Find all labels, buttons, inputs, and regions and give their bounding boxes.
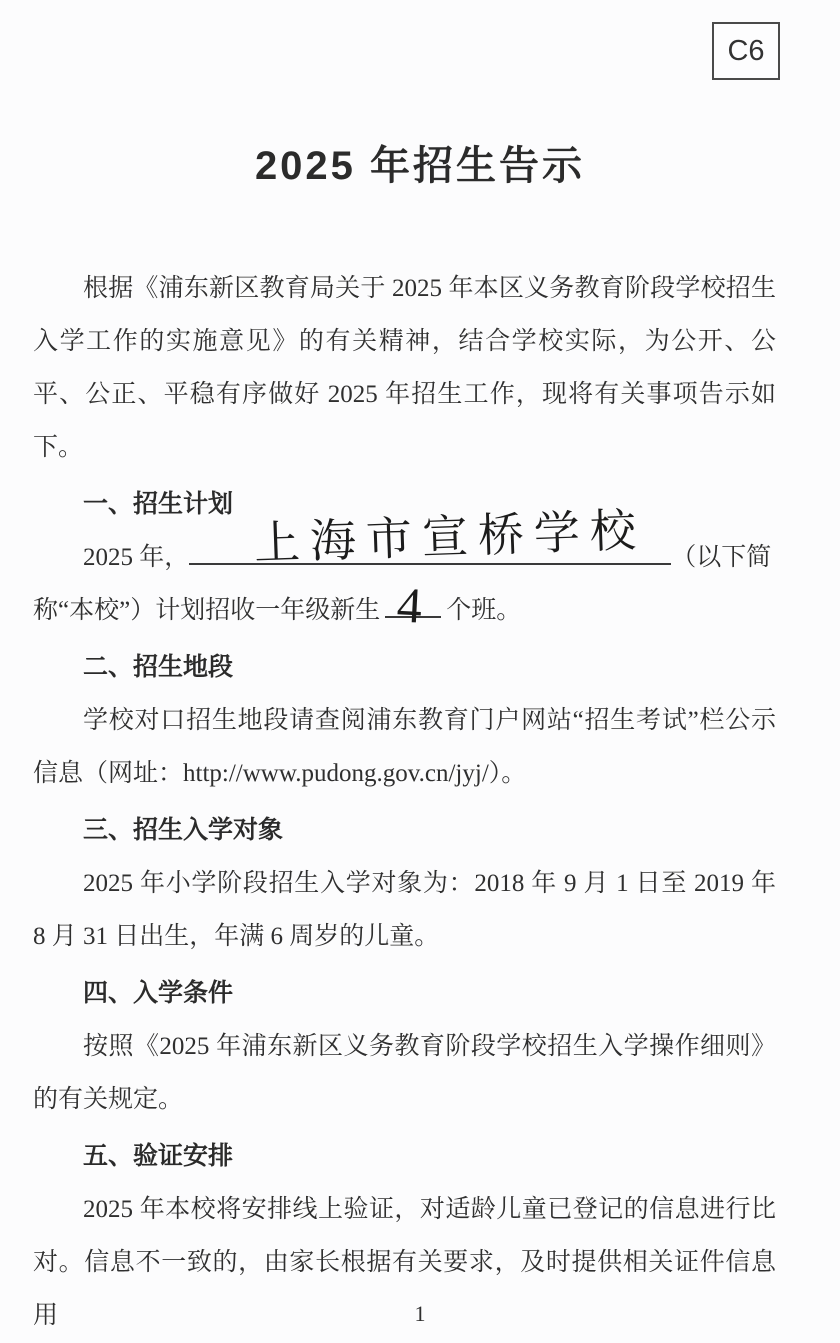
page-title: 2025 年招生告示 (0, 140, 840, 192)
intro-paragraph: 根据《浦东新区教育局关于 2025 年本区义务教育阶段学校招生入学工作的实施意见… (33, 262, 776, 474)
class-count-blank-underline: 4 (385, 586, 441, 618)
document-page: C6 2025 年招生告示 根据《浦东新区教育局关于 2025 年本区义务教育阶… (0, 0, 840, 1343)
section-4-heading: 四、入学条件 (33, 967, 776, 1020)
section-1-line-2: 称“本校”）计划招收一年级新生4个班。 (33, 584, 776, 637)
section-4-body: 按照《2025 年浦东新区义务教育阶段学校招生入学操作细则》的有关规定。 (33, 1020, 776, 1126)
section-2-heading: 二、招生地段 (33, 641, 776, 694)
handwritten-class-count: 4 (396, 578, 424, 632)
section-5-heading: 五、验证安排 (33, 1130, 776, 1183)
page-number: 1 (0, 1301, 840, 1327)
form-code-box: C6 (712, 22, 780, 80)
line-1-prefix-text: 2025 年， (83, 544, 189, 571)
section-3-heading: 三、招生入学对象 (33, 804, 776, 857)
line-2-suffix-text: 个班。 (446, 597, 521, 624)
line-2-prefix-text: 称“本校”）计划招收一年级新生 (33, 597, 380, 624)
form-code-label: C6 (727, 35, 764, 68)
section-3-body: 2025 年小学阶段招生入学对象为：2018 年 9 月 1 日至 2019 年… (33, 857, 776, 963)
section-2-body: 学校对口招生地段请查阅浦东教育门户网站“招生考试”栏公示信息（网址：http:/… (33, 694, 776, 800)
school-name-blank-underline: 上海市宣桥学校 (189, 533, 671, 565)
line-1-suffix-text: （以下简 (671, 544, 771, 571)
document-body: 根据《浦东新区教育局关于 2025 年本区义务教育阶段学校招生入学工作的实施意见… (33, 262, 776, 1342)
